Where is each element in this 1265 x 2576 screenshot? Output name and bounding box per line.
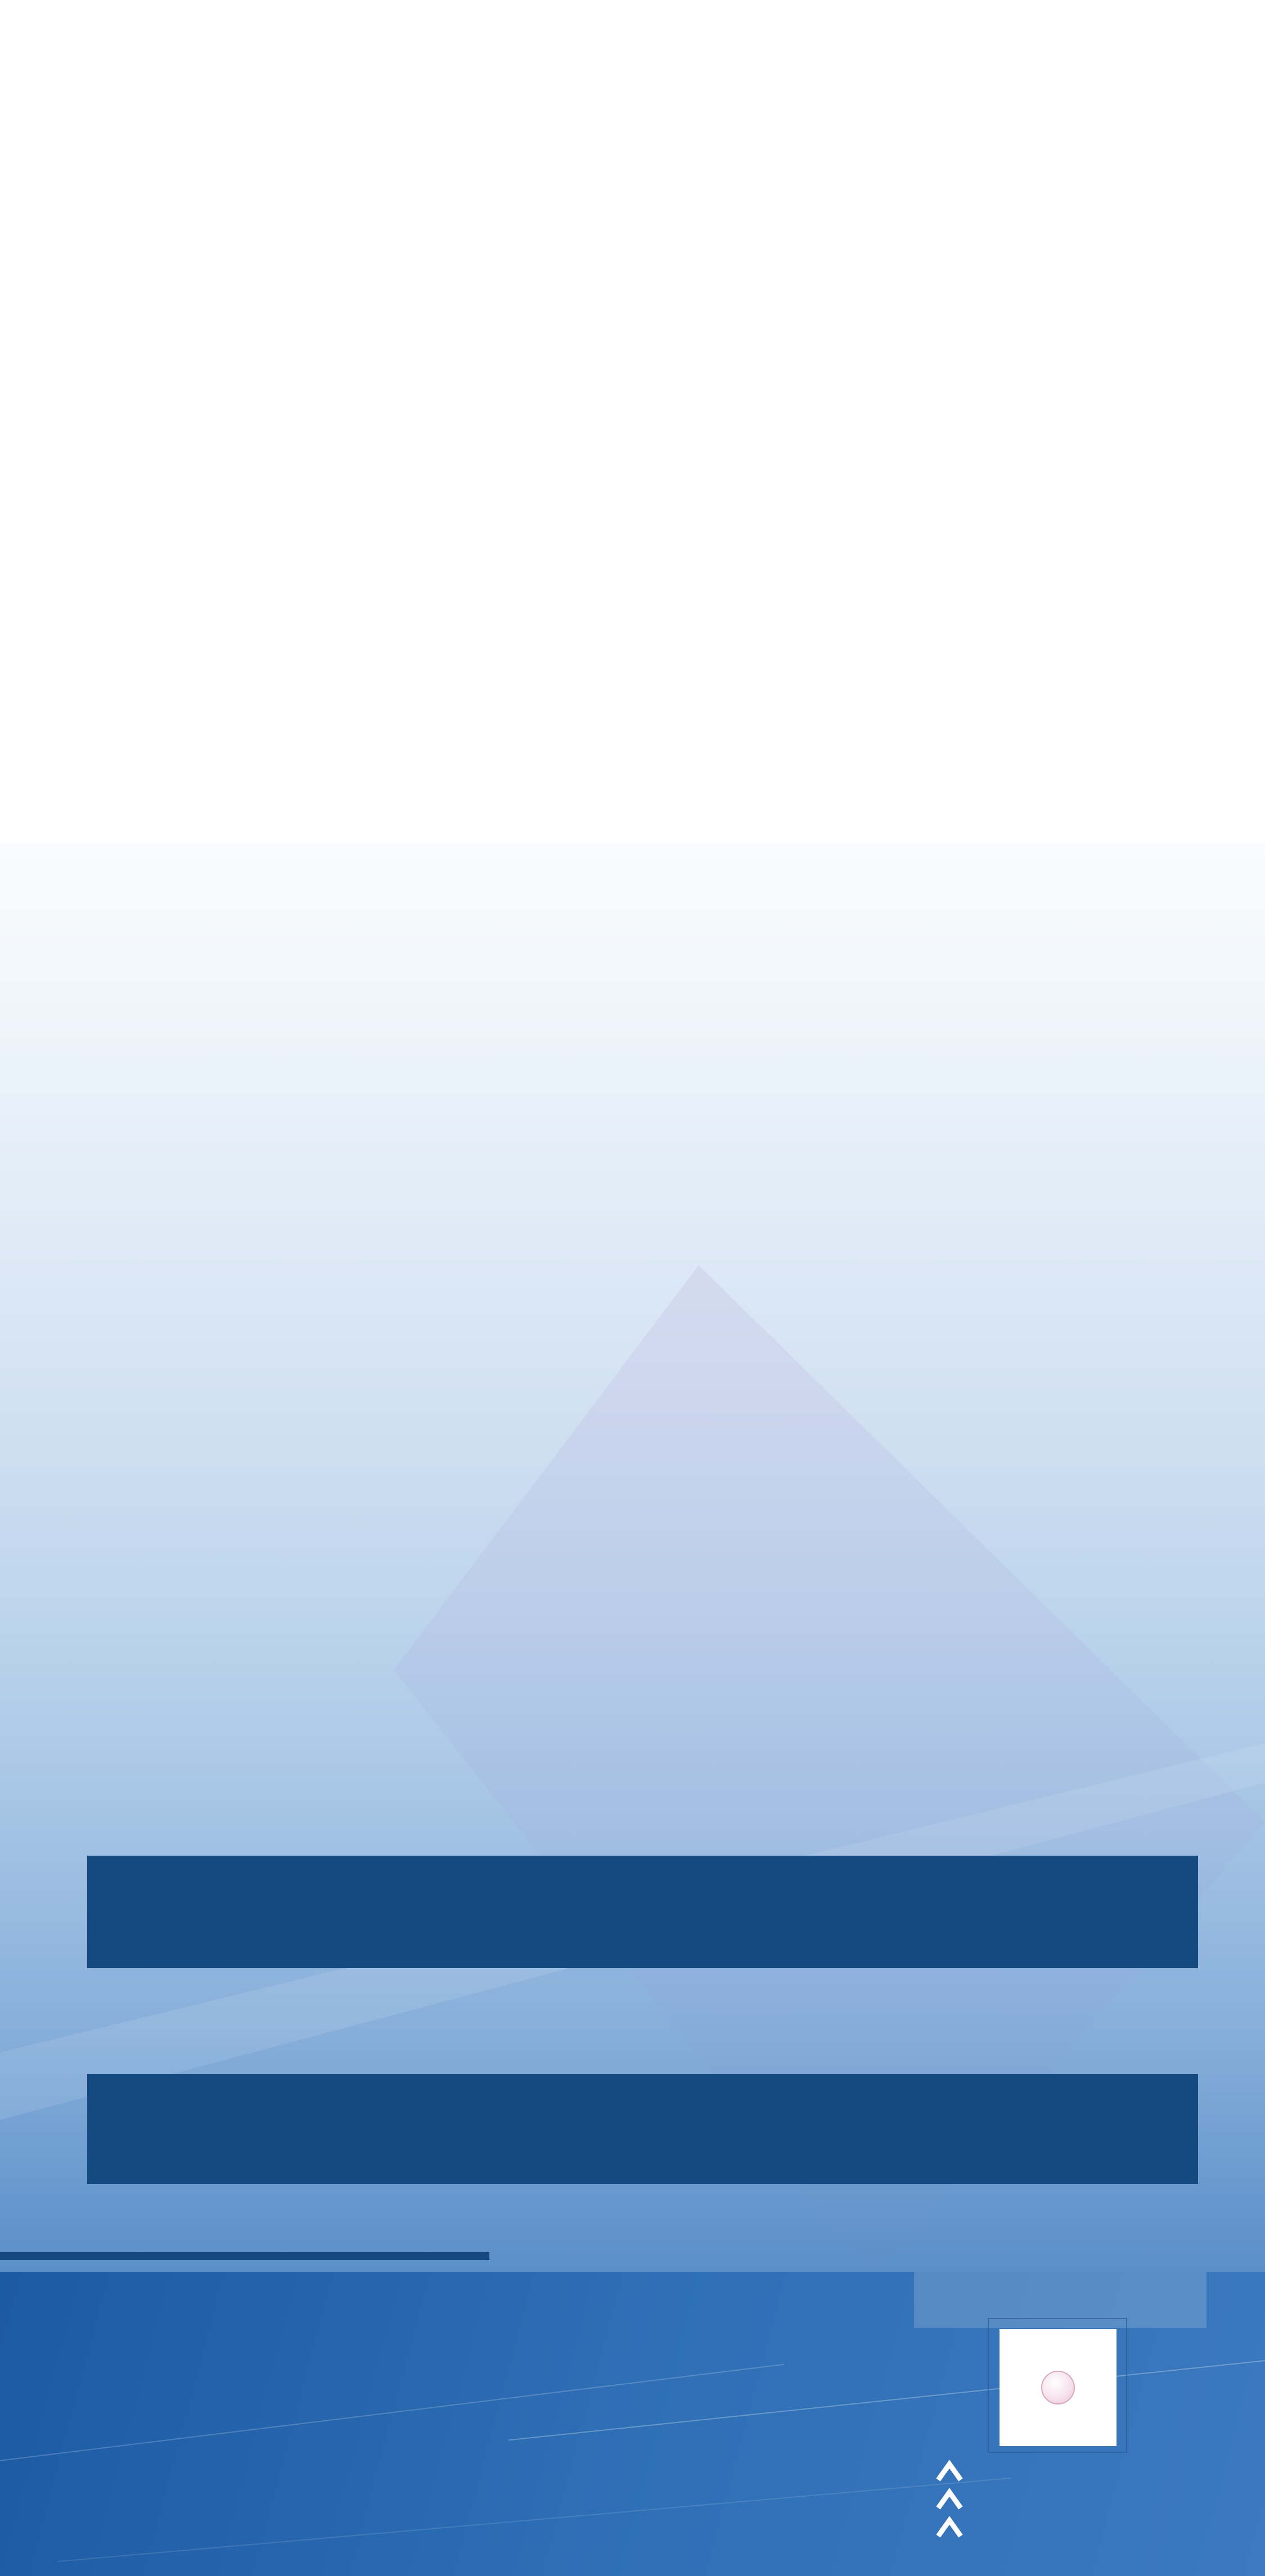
conference-poster [0, 0, 1265, 2576]
dna-helix-decoration [0, 0, 1265, 843]
fee-table-student-row [87, 2074, 1198, 2184]
fee-table-header-row [87, 1856, 1198, 1968]
section-divider [0, 2252, 489, 2260]
qr-center-logo [1041, 2371, 1075, 2404]
chevron-up-icon [935, 2455, 964, 2539]
